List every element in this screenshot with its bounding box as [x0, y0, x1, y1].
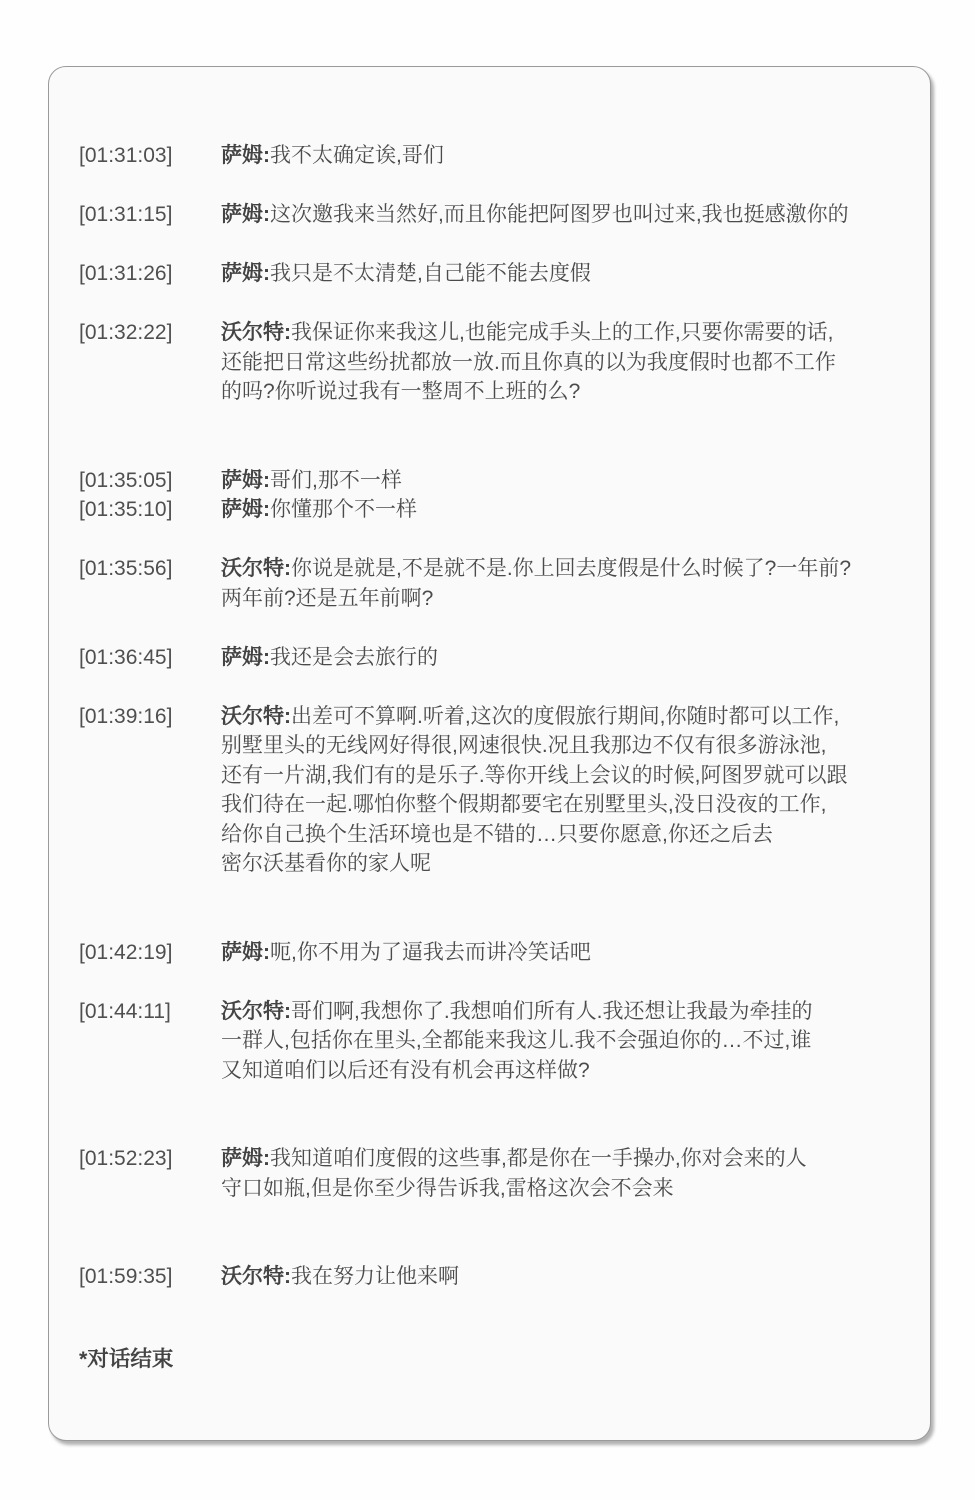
speaker-colon: : [263, 646, 270, 669]
speaker-colon: : [284, 705, 291, 728]
message: 萨姆:这次邀我来当然好,而且你能把阿图罗也叫过来,我也挺感激你的 [221, 200, 902, 230]
speaker-name: 萨姆 [221, 498, 263, 521]
speaker-colon: : [284, 557, 291, 580]
transcript-row: [01:52:23] 萨姆:我知道咱们度假的这些事,都是你在一手操办,你对会来的… [79, 1144, 902, 1203]
speaker-colon: : [263, 469, 270, 492]
message: 沃尔特:我保证你来我这儿,也能完成手头上的工作,只要你需要的话, 还能把日常这些… [221, 318, 902, 407]
transcript-end-note: *对话结束 [79, 1345, 902, 1375]
message: 沃尔特:哥们啊,我想你了.我想咱们所有人.我还想让我最为牵挂的 一群人,包括你在… [221, 997, 902, 1086]
timestamp: [01:31:15] [79, 200, 221, 230]
transcript-row: [01:59:35] 沃尔特:我在努力让他来啊 [79, 1262, 902, 1292]
message: 萨姆:我不太确定诶,哥们 [221, 141, 902, 171]
timestamp: [01:35:10] [79, 495, 221, 525]
message-text: 哥们啊,我想你了.我想咱们所有人.我还想让我最为牵挂的 一群人,包括你在里头,全… [221, 1000, 813, 1082]
speaker-colon: : [263, 941, 270, 964]
message-text: 我保证你来我这儿,也能完成手头上的工作,只要你需要的话, 还能把日常这些纷扰都放… [221, 321, 836, 403]
message-text: 你懂那个不一样 [270, 498, 417, 521]
transcript-row: [01:31:03] 萨姆:我不太确定诶,哥们 [79, 141, 902, 171]
message-text: 这次邀我来当然好,而且你能把阿图罗也叫过来,我也挺感激你的 [270, 203, 849, 226]
transcript-row: [01:35:56] 沃尔特:你说是就是,不是就不是.你上回去度假是什么时候了?… [79, 554, 902, 613]
transcript-row: [01:36:45] 萨姆:我还是会去旅行的 [79, 643, 902, 673]
timestamp: [01:31:03] [79, 141, 221, 171]
transcript-row: [01:35:10] 萨姆:你懂那个不一样 [79, 495, 902, 525]
timestamp: [01:32:22] [79, 318, 221, 348]
speaker-name: 萨姆 [221, 941, 263, 964]
speaker-name: 萨姆 [221, 262, 263, 285]
speaker-name: 萨姆 [221, 203, 263, 226]
speaker-colon: : [263, 498, 270, 521]
message: 萨姆:我知道咱们度假的这些事,都是你在一手操办,你对会来的人 守口如瓶,但是你至… [221, 1144, 902, 1203]
message-list: [01:31:03] 萨姆:我不太确定诶,哥们 [01:31:15] 萨姆:这次… [79, 141, 902, 1292]
timestamp: [01:31:26] [79, 259, 221, 289]
transcript-row: [01:32:22] 沃尔特:我保证你来我这儿,也能完成手头上的工作,只要你需要… [79, 318, 902, 407]
speaker-colon: : [263, 144, 270, 167]
speaker-colon: : [284, 1265, 291, 1288]
transcript-card: [01:31:03] 萨姆:我不太确定诶,哥们 [01:31:15] 萨姆:这次… [48, 66, 931, 1441]
speaker-colon: : [284, 1000, 291, 1023]
timestamp: [01:44:11] [79, 997, 221, 1027]
transcript-row: [01:39:16] 沃尔特:出差可不算啊.听着,这次的度假旅行期间,你随时都可… [79, 702, 902, 879]
timestamp: [01:35:05] [79, 466, 221, 496]
message: 萨姆:我还是会去旅行的 [221, 643, 902, 673]
message: 萨姆:我只是不太清楚,自己能不能去度假 [221, 259, 902, 289]
message-text: 我知道咱们度假的这些事,都是你在一手操办,你对会来的人 守口如瓶,但是你至少得告… [221, 1147, 807, 1200]
timestamp: [01:36:45] [79, 643, 221, 673]
speaker-name: 萨姆 [221, 144, 263, 167]
message: 沃尔特:出差可不算啊.听着,这次的度假旅行期间,你随时都可以工作, 别墅里头的无… [221, 702, 902, 879]
message-text: 我只是不太清楚,自己能不能去度假 [270, 262, 591, 285]
timestamp: [01:39:16] [79, 702, 221, 732]
speaker-name: 沃尔特 [221, 1000, 284, 1023]
message-text: 你说是就是,不是就不是.你上回去度假是什么时候了?一年前? 两年前?还是五年前啊… [221, 557, 851, 610]
message: 萨姆:呃,你不用为了逼我去而讲冷笑话吧 [221, 938, 902, 968]
message-text: 出差可不算啊.听着,这次的度假旅行期间,你随时都可以工作, 别墅里头的无线网好得… [221, 705, 848, 876]
speaker-name: 沃尔特 [221, 557, 284, 580]
speaker-name: 沃尔特 [221, 321, 284, 344]
speaker-colon: : [263, 203, 270, 226]
speaker-name: 萨姆 [221, 1147, 263, 1170]
message: 萨姆:哥们,那不一样 [221, 466, 902, 496]
speaker-colon: : [263, 262, 270, 285]
timestamp: [01:35:56] [79, 554, 221, 584]
transcript-row: [01:42:19] 萨姆:呃,你不用为了逼我去而讲冷笑话吧 [79, 938, 902, 968]
transcript-row: [01:31:26] 萨姆:我只是不太清楚,自己能不能去度假 [79, 259, 902, 289]
message-text: 我不太确定诶,哥们 [270, 144, 444, 167]
message: 萨姆:你懂那个不一样 [221, 495, 902, 525]
message-text: 呃,你不用为了逼我去而讲冷笑话吧 [270, 941, 591, 964]
transcript-row: [01:31:15] 萨姆:这次邀我来当然好,而且你能把阿图罗也叫过来,我也挺感… [79, 200, 902, 230]
timestamp: [01:52:23] [79, 1144, 221, 1174]
timestamp: [01:59:35] [79, 1262, 221, 1292]
speaker-name: 萨姆 [221, 646, 263, 669]
transcript-row: [01:35:05] 萨姆:哥们,那不一样 [79, 466, 902, 496]
transcript-row: [01:44:11] 沃尔特:哥们啊,我想你了.我想咱们所有人.我还想让我最为牵… [79, 997, 902, 1086]
message-text: 我还是会去旅行的 [270, 646, 438, 669]
speaker-name: 萨姆 [221, 469, 263, 492]
speaker-colon: : [263, 1147, 270, 1170]
message-text: 哥们,那不一样 [270, 469, 402, 492]
speaker-name: 沃尔特 [221, 705, 284, 728]
speaker-name: 沃尔特 [221, 1265, 284, 1288]
timestamp: [01:42:19] [79, 938, 221, 968]
message-text: 我在努力让他来啊 [291, 1265, 459, 1288]
message: 沃尔特:你说是就是,不是就不是.你上回去度假是什么时候了?一年前? 两年前?还是… [221, 554, 902, 613]
message: 沃尔特:我在努力让他来啊 [221, 1262, 902, 1292]
speaker-colon: : [284, 321, 291, 344]
